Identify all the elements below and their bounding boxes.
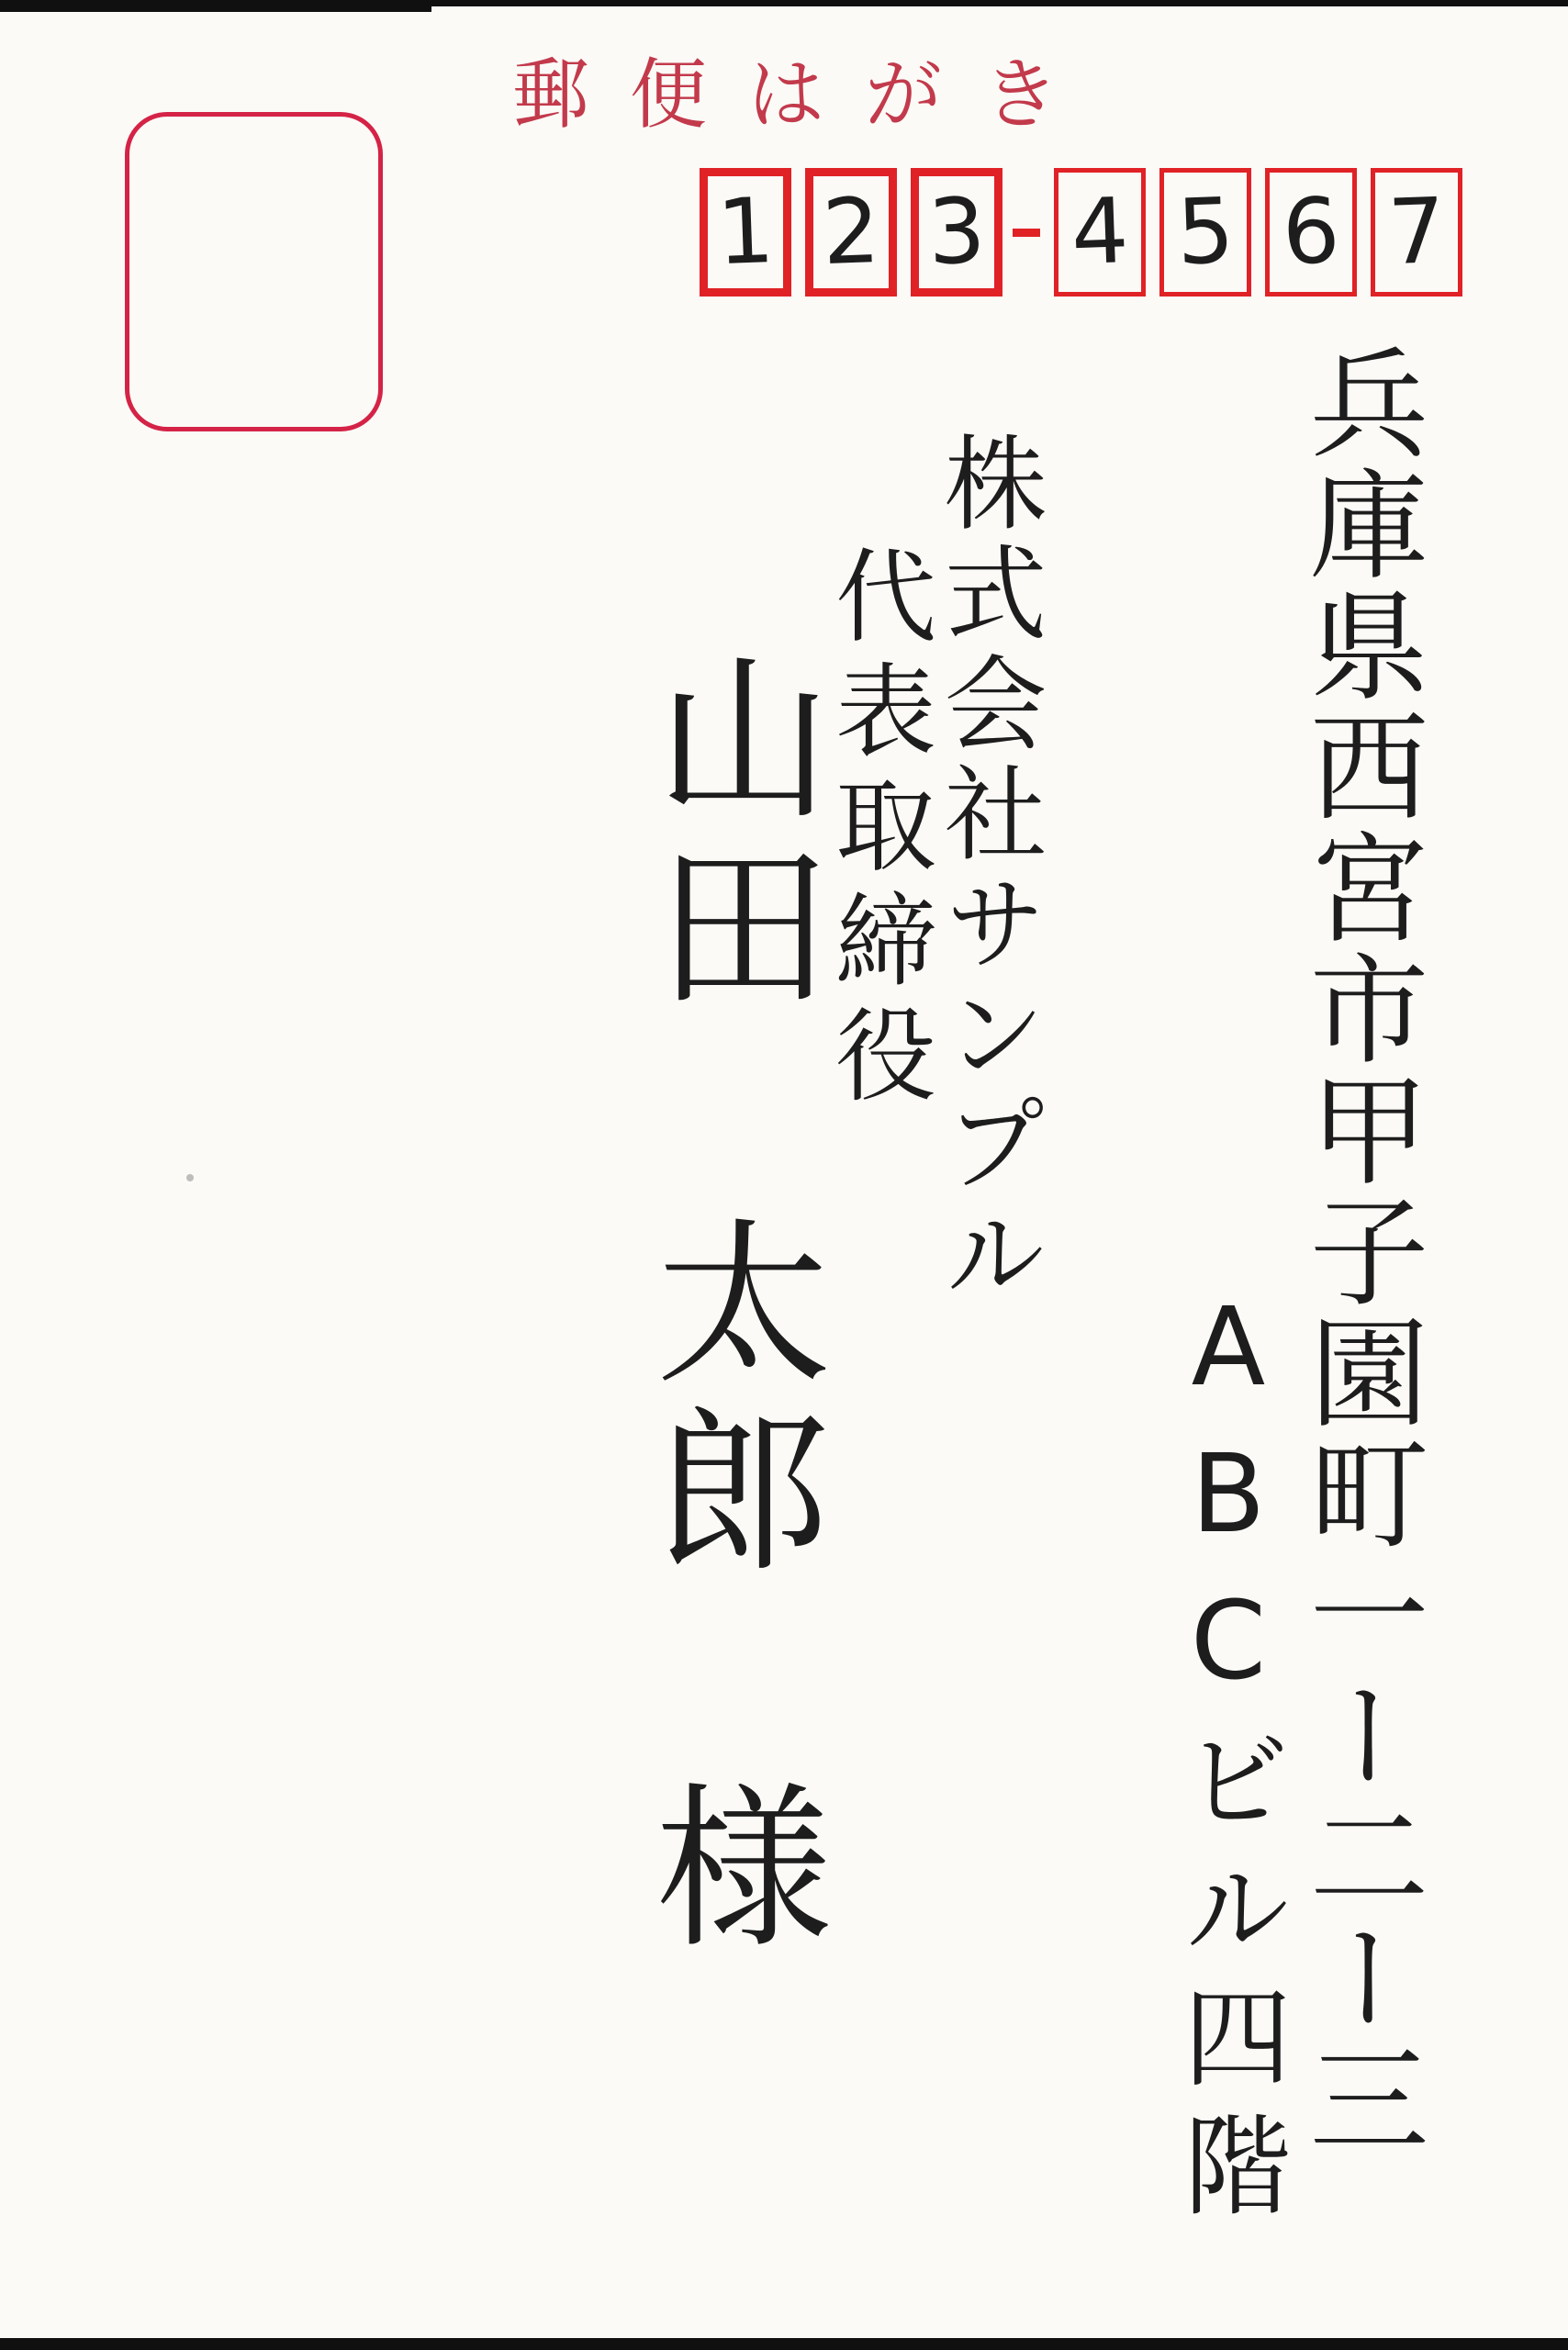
recipient-company: 株式会社サンプル <box>930 430 1044 1311</box>
postal-code-box-6: 6 <box>1265 168 1357 297</box>
scan-edge-top-left <box>0 0 431 12</box>
postcard-header-title: 郵便はがき <box>512 53 1100 136</box>
postal-digit-6: 6 <box>1281 186 1341 278</box>
postal-code-box-7: 7 <box>1371 168 1462 297</box>
scan-speck <box>186 1174 194 1181</box>
postal-code-hyphen <box>1013 229 1040 237</box>
postal-digit-5: 5 <box>1175 186 1236 278</box>
scan-edge-bottom <box>0 2338 1568 2350</box>
stamp-area-box <box>125 112 383 431</box>
postal-digit-3: 3 <box>926 186 987 278</box>
postal-code-box-3: 3 <box>911 168 1002 297</box>
postal-digit-4: 4 <box>1070 186 1130 278</box>
recipient-address-line1: 兵庫県西宮市甲子園町一ー二ー三 <box>1293 341 1427 2159</box>
postal-code-box-5: 5 <box>1159 168 1251 297</box>
postal-code-row: 1 2 3 4 5 6 7 <box>700 168 1462 297</box>
postcard: 郵便はがき 1 2 3 4 5 6 7 兵庫県西宮市甲子園町一ー二ー三 ABCビ… <box>0 0 1568 2350</box>
postal-code-box-1: 1 <box>700 168 791 297</box>
postal-code-box-4: 4 <box>1054 168 1146 297</box>
recipient-name: 山田 太郎 様 <box>633 646 822 1964</box>
postal-digit-2: 2 <box>821 186 881 278</box>
postal-digit-7: 7 <box>1386 186 1447 278</box>
recipient-address-line2: ABCビル四階 <box>1168 1283 1289 2238</box>
postal-code-box-2: 2 <box>805 168 897 297</box>
recipient-job-title: 代表取締役 <box>822 543 934 1117</box>
postal-digit-1: 1 <box>715 186 776 278</box>
